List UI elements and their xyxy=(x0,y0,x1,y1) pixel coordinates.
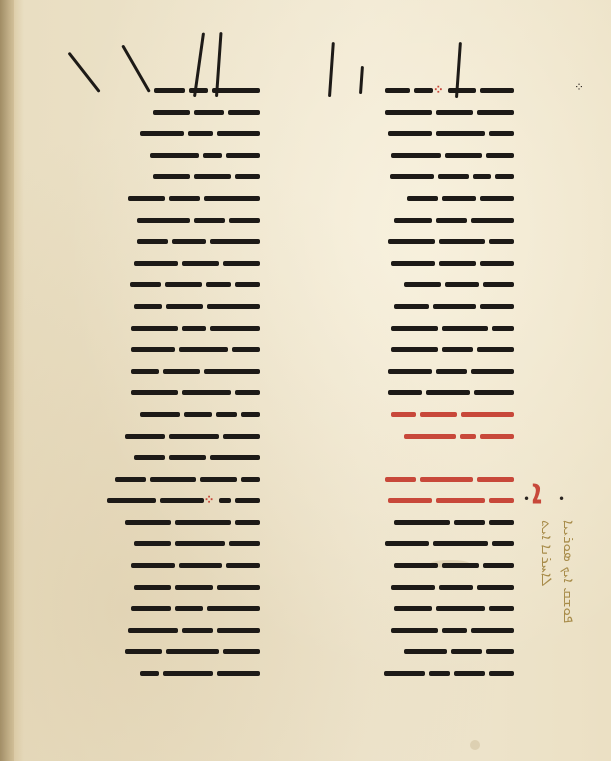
script-word xyxy=(166,649,219,654)
script-word xyxy=(182,326,207,331)
script-word xyxy=(179,563,222,568)
script-word xyxy=(169,434,219,439)
script-line xyxy=(38,663,260,685)
script-word xyxy=(182,390,232,395)
left-text-column: ⁘ xyxy=(38,80,260,685)
script-line xyxy=(300,598,514,620)
script-word xyxy=(130,282,161,287)
script-word xyxy=(483,282,514,287)
script-word xyxy=(217,585,260,590)
script-word xyxy=(175,520,231,525)
script-word xyxy=(150,477,197,482)
script-word xyxy=(385,110,432,115)
script-word xyxy=(131,390,178,395)
script-word xyxy=(385,88,410,93)
script-word xyxy=(125,649,162,654)
script-word xyxy=(150,153,200,158)
script-word xyxy=(388,390,422,395)
script-word xyxy=(172,239,206,244)
script-word xyxy=(473,174,492,179)
script-word xyxy=(166,304,203,309)
script-line xyxy=(300,166,514,188)
script-line xyxy=(300,447,514,469)
script-line xyxy=(300,210,514,232)
script-word xyxy=(235,174,260,179)
script-line xyxy=(300,296,514,318)
script-line xyxy=(38,166,260,188)
script-line xyxy=(300,469,514,491)
script-word xyxy=(474,390,514,395)
script-word xyxy=(229,541,260,546)
script-word xyxy=(188,131,213,136)
script-word xyxy=(480,196,514,201)
script-word xyxy=(436,498,486,503)
manuscript-page: ⁘ ⁘ ⁘ • ܐ • ܦܘܫܩ ܐܝܟ ܣܘܪܝܝܐ ܠܐܚܪܢܐ ܐܝܬ xyxy=(0,0,611,761)
script-line xyxy=(300,382,514,404)
script-line xyxy=(300,620,514,642)
script-word xyxy=(204,196,260,201)
script-line xyxy=(38,426,260,448)
script-word xyxy=(433,541,489,546)
script-line xyxy=(300,253,514,275)
parchment-stain xyxy=(470,740,480,750)
script-word xyxy=(391,347,438,352)
script-word xyxy=(153,110,190,115)
script-word xyxy=(448,88,476,93)
script-word xyxy=(486,153,514,158)
script-word xyxy=(206,282,231,287)
script-line xyxy=(38,469,260,491)
script-word xyxy=(175,541,225,546)
script-word xyxy=(454,671,485,676)
script-line xyxy=(300,490,514,512)
script-word xyxy=(480,88,514,93)
script-line xyxy=(300,533,514,555)
script-word xyxy=(394,563,437,568)
script-word xyxy=(175,585,212,590)
script-word xyxy=(194,174,231,179)
script-word xyxy=(216,412,238,417)
script-word xyxy=(182,628,213,633)
script-word xyxy=(235,520,260,525)
script-word xyxy=(445,153,482,158)
script-line xyxy=(300,577,514,599)
script-word xyxy=(394,218,431,223)
script-line xyxy=(38,598,260,620)
script-word xyxy=(160,498,203,503)
binding-gutter xyxy=(0,0,14,761)
script-word xyxy=(426,390,469,395)
script-line: ⁘ xyxy=(300,80,514,102)
script-word xyxy=(489,671,514,676)
script-word xyxy=(217,628,260,633)
script-line xyxy=(38,447,260,469)
right-text-column: ⁘ xyxy=(300,80,514,685)
script-word xyxy=(477,585,514,590)
script-word xyxy=(394,606,431,611)
script-word xyxy=(436,218,467,223)
script-line xyxy=(38,231,260,253)
script-word xyxy=(217,671,260,676)
script-line xyxy=(38,318,260,340)
script-word xyxy=(137,218,190,223)
script-word xyxy=(404,649,447,654)
script-word xyxy=(436,606,486,611)
script-word xyxy=(492,326,514,331)
script-word xyxy=(439,585,473,590)
script-word xyxy=(140,412,180,417)
script-word xyxy=(477,347,514,352)
script-word xyxy=(489,498,514,503)
script-line xyxy=(300,339,514,361)
script-word xyxy=(404,434,457,439)
script-word xyxy=(420,477,473,482)
script-line xyxy=(38,404,260,426)
script-word xyxy=(489,239,514,244)
script-word xyxy=(391,412,416,417)
script-word xyxy=(232,347,260,352)
script-word xyxy=(175,606,203,611)
script-line xyxy=(300,512,514,534)
script-word xyxy=(179,347,229,352)
section-dot: • xyxy=(558,494,565,504)
script-word xyxy=(480,261,514,266)
script-line xyxy=(38,577,260,599)
script-word xyxy=(394,520,450,525)
script-word xyxy=(480,304,514,309)
script-line xyxy=(300,231,514,253)
script-word xyxy=(477,477,514,482)
script-word xyxy=(433,304,476,309)
script-line xyxy=(38,382,260,404)
script-word xyxy=(391,585,434,590)
script-word xyxy=(460,434,476,439)
script-word xyxy=(489,520,514,525)
script-word xyxy=(388,131,431,136)
script-word xyxy=(391,261,434,266)
script-line xyxy=(300,188,514,210)
script-word xyxy=(134,261,177,266)
script-word xyxy=(134,455,165,460)
script-word xyxy=(420,412,457,417)
script-word xyxy=(153,174,190,179)
script-word xyxy=(194,110,224,115)
script-word xyxy=(445,282,479,287)
script-line xyxy=(300,361,514,383)
script-word xyxy=(207,606,260,611)
script-word xyxy=(439,261,476,266)
script-line xyxy=(300,555,514,577)
script-word xyxy=(404,282,441,287)
script-word xyxy=(229,218,260,223)
script-word xyxy=(194,218,225,223)
script-word xyxy=(163,369,200,374)
script-word xyxy=(483,563,514,568)
script-word xyxy=(388,369,431,374)
script-line: ⁘ xyxy=(38,490,260,512)
script-line xyxy=(300,426,514,448)
script-word xyxy=(226,563,260,568)
script-word xyxy=(169,455,206,460)
script-word xyxy=(436,369,467,374)
script-line xyxy=(38,620,260,642)
script-word xyxy=(385,477,416,482)
script-word xyxy=(436,131,486,136)
script-word xyxy=(131,563,174,568)
script-word xyxy=(436,110,473,115)
margin-dots-ornament: ⁘ xyxy=(574,82,584,92)
script-line xyxy=(38,296,260,318)
script-word xyxy=(204,369,260,374)
script-line xyxy=(300,404,514,426)
script-word xyxy=(134,304,162,309)
script-word xyxy=(131,326,178,331)
script-line xyxy=(300,641,514,663)
script-word xyxy=(163,671,213,676)
script-word xyxy=(486,649,514,654)
script-word xyxy=(442,326,489,331)
script-word xyxy=(391,326,438,331)
script-word xyxy=(134,585,171,590)
script-word xyxy=(107,498,157,503)
script-word xyxy=(414,88,433,93)
script-word xyxy=(165,282,202,287)
script-word xyxy=(235,498,260,503)
script-word xyxy=(210,326,260,331)
script-word xyxy=(390,174,433,179)
script-line xyxy=(38,274,260,296)
script-word xyxy=(454,520,485,525)
script-word xyxy=(235,390,260,395)
script-word xyxy=(241,412,260,417)
script-word xyxy=(223,649,260,654)
script-word xyxy=(442,563,479,568)
script-word xyxy=(200,477,237,482)
red-rosette-icon: ⁘ xyxy=(204,493,215,508)
script-word xyxy=(140,671,159,676)
script-word xyxy=(394,304,428,309)
script-word xyxy=(189,88,208,93)
marginal-note: ܦܘܫܩ ܐܝܟ ܣܘܪܝܝܐ xyxy=(560,520,578,720)
script-line xyxy=(38,555,260,577)
script-word xyxy=(137,239,168,244)
script-word xyxy=(128,196,165,201)
script-word xyxy=(207,304,260,309)
script-word xyxy=(235,282,260,287)
script-line xyxy=(38,533,260,555)
script-word xyxy=(131,347,174,352)
script-word xyxy=(115,477,146,482)
script-word xyxy=(495,174,514,179)
script-line xyxy=(300,318,514,340)
script-word xyxy=(154,88,185,93)
script-word xyxy=(480,434,514,439)
script-word xyxy=(385,541,428,546)
script-word xyxy=(169,196,200,201)
script-word xyxy=(203,153,222,158)
script-word xyxy=(391,628,438,633)
script-word xyxy=(223,261,260,266)
script-word xyxy=(442,347,473,352)
script-word xyxy=(442,196,476,201)
script-line xyxy=(38,253,260,275)
script-line xyxy=(300,663,514,685)
script-word xyxy=(217,131,260,136)
script-line xyxy=(38,123,260,145)
red-section-mark: ܐ xyxy=(532,472,542,512)
section-dot: • xyxy=(523,494,530,504)
script-word xyxy=(128,628,178,633)
script-word xyxy=(184,412,212,417)
script-word xyxy=(442,628,467,633)
script-word xyxy=(219,498,231,503)
script-word xyxy=(125,434,165,439)
script-word xyxy=(140,131,183,136)
script-word xyxy=(471,218,514,223)
script-word xyxy=(388,498,431,503)
script-word xyxy=(131,369,159,374)
script-line xyxy=(300,145,514,167)
script-word xyxy=(134,541,171,546)
script-line xyxy=(38,210,260,232)
script-word xyxy=(471,369,514,374)
script-word xyxy=(439,239,486,244)
script-word xyxy=(451,649,482,654)
script-word xyxy=(212,88,260,93)
script-word xyxy=(228,110,260,115)
script-line xyxy=(38,641,260,663)
script-line xyxy=(300,102,514,124)
marginal-note-secondary: ܠܐܚܪܢܐ ܐܝܬ xyxy=(538,520,556,650)
script-word xyxy=(223,434,260,439)
script-line xyxy=(38,102,260,124)
script-word xyxy=(489,606,514,611)
script-word xyxy=(429,671,451,676)
script-line xyxy=(300,123,514,145)
script-word xyxy=(384,671,424,676)
script-word xyxy=(471,628,514,633)
script-word xyxy=(438,174,469,179)
script-line xyxy=(38,339,260,361)
script-line xyxy=(38,145,260,167)
red-rosette-icon: ⁘ xyxy=(433,83,444,98)
script-word xyxy=(226,153,260,158)
script-line xyxy=(300,274,514,296)
script-line xyxy=(38,80,260,102)
script-line xyxy=(38,512,260,534)
script-line xyxy=(38,188,260,210)
script-word xyxy=(477,110,514,115)
script-word xyxy=(461,412,514,417)
script-word xyxy=(210,455,260,460)
script-line xyxy=(38,361,260,383)
script-word xyxy=(182,261,219,266)
script-word xyxy=(391,153,441,158)
script-word xyxy=(407,196,438,201)
script-word xyxy=(131,606,171,611)
script-word xyxy=(210,239,260,244)
script-word xyxy=(125,520,172,525)
script-word xyxy=(241,477,260,482)
script-word xyxy=(492,541,514,546)
script-word xyxy=(489,131,514,136)
script-word xyxy=(388,239,435,244)
